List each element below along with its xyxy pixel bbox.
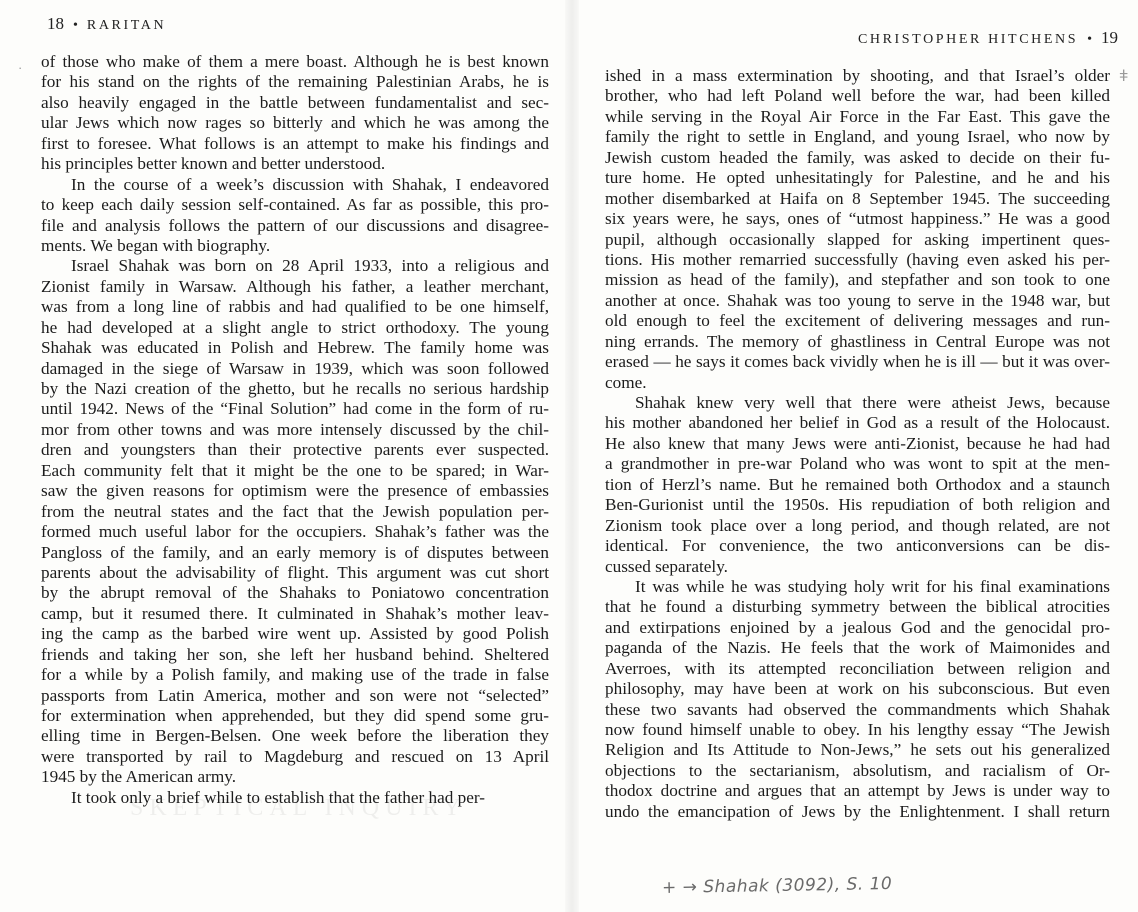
right-page: CHRISTOPHER HITCHENS•19 ished in a mass … — [579, 0, 1138, 912]
margin-dot: · — [18, 60, 22, 75]
page-number: 18 — [47, 14, 64, 33]
text-line: old enough to feel the excitement of del… — [605, 311, 1110, 331]
author-name: CHRISTOPHER HITCHENS — [858, 32, 1078, 47]
text-line: It was while he was studying holy writ f… — [605, 577, 1110, 597]
text-line: philosophy, may have been at work on his… — [605, 679, 1110, 699]
text-line: elling time in Bergen-Belsen. One week b… — [41, 726, 549, 746]
text-line: Shahak knew very well that there were at… — [605, 393, 1110, 413]
text-line: until 1942. News of the “Final Solution”… — [41, 399, 549, 419]
text-line: a grandmother in pre-war Poland who was … — [605, 454, 1110, 474]
text-line: file and analysis follows the pattern of… — [41, 216, 549, 236]
text-line: that he found a disturbing symmetry betw… — [605, 597, 1110, 617]
text-line: ished in a mass extermination by shootin… — [605, 66, 1110, 86]
text-line: It took only a brief while to establish … — [41, 788, 549, 808]
text-line: Ben-Gurionist until the 1950s. His repud… — [605, 495, 1110, 515]
page-number: 19 — [1101, 28, 1118, 47]
text-line: come. — [605, 373, 1110, 393]
text-line: erased — he says it comes back vividly w… — [605, 352, 1110, 372]
book-spread: 18•RARITAN SKEPTICAL INQUIRY of those wh… — [0, 0, 1138, 912]
text-line: identical. For convenience, the two anti… — [605, 536, 1110, 556]
text-line: now found himself unable to obey. In his… — [605, 720, 1110, 740]
text-line: 1945 by the American army. — [41, 767, 549, 787]
handwritten-note: + → Shahak (3092), S. 10 — [662, 874, 893, 898]
text-line: he had developed at a slight angle to st… — [41, 318, 549, 338]
left-page: 18•RARITAN SKEPTICAL INQUIRY of those wh… — [0, 0, 565, 912]
text-line: of those who make of them a mere boast. … — [41, 52, 549, 72]
text-line: ments. We began with biography. — [41, 236, 549, 256]
text-line: family the right to settle in England, a… — [605, 127, 1110, 147]
text-line: also heavily engaged in the battle betwe… — [41, 93, 549, 113]
text-line: Averroes, with its attempted reconciliat… — [605, 659, 1110, 679]
text-line: damaged in the siege of Warsaw in 1939, … — [41, 359, 549, 379]
text-line: saw the given reasons for optimism were … — [41, 481, 549, 501]
text-line: mother disembarked at Haifa on 8 Septemb… — [605, 189, 1110, 209]
text-line: first to foresee. What follows is an att… — [41, 134, 549, 154]
text-line: brother, who had left Poland well before… — [605, 86, 1110, 106]
text-line: camp, but it resumed there. It culminate… — [41, 604, 549, 624]
text-line: Shahak was educated in Polish and Hebrew… — [41, 338, 549, 358]
text-line: to keep each daily session self-containe… — [41, 195, 549, 215]
text-line: six years were, he says, ones of “utmost… — [605, 209, 1110, 229]
text-line: He also knew that many Jews were anti-Zi… — [605, 434, 1110, 454]
text-line: formed much useful labor for the occupie… — [41, 522, 549, 542]
text-line: Zionism took place over a long period, a… — [605, 516, 1110, 536]
text-line: undo the emancipation of Jews by the Enl… — [605, 802, 1110, 822]
text-line: friends and taking her son, she left her… — [41, 645, 549, 665]
text-line: Each community felt that it might be the… — [41, 461, 549, 481]
text-line: tions. His mother remarried successfully… — [605, 250, 1110, 270]
text-line: was from a long line of rabbis and had q… — [41, 297, 549, 317]
text-line: for his stand on the rights of the remai… — [41, 72, 549, 92]
text-line: another at once. Shahak was too young to… — [605, 291, 1110, 311]
text-line: Religion and Its Attitude to Non-Jews,” … — [605, 740, 1110, 760]
text-line: these two savants had observed the comma… — [605, 700, 1110, 720]
text-line: thodox doctrine and argues that an attem… — [605, 781, 1110, 801]
bullet-separator: • — [1087, 32, 1092, 47]
text-line: by the abrupt removal of the Shahaks to … — [41, 583, 549, 603]
text-line: from the neutral states and the fact tha… — [41, 502, 549, 522]
text-line: In the course of a week’s discussion wit… — [41, 175, 549, 195]
text-line: Pangloss of the family, and an early mem… — [41, 543, 549, 563]
text-line: mission as head of the family), and step… — [605, 270, 1110, 290]
text-line: Israel Shahak was born on 28 April 1933,… — [41, 256, 549, 276]
margin-mark-icon: ǂ — [1119, 68, 1128, 86]
text-line: parents about the advisability of flight… — [41, 563, 549, 583]
text-line: ular Jews which now rages so bitterly an… — [41, 113, 549, 133]
text-line: were transported by rail to Magdeburg an… — [41, 747, 549, 767]
text-line: Jewish custom headed the family, was ask… — [605, 148, 1110, 168]
text-line: for extermination when apprehended, but … — [41, 706, 549, 726]
text-line: while serving in the Royal Air Force in … — [605, 107, 1110, 127]
gutter-shadow — [565, 0, 579, 912]
text-line: his mother abandoned her belief in God a… — [605, 413, 1110, 433]
text-line: his principles better known and better u… — [41, 154, 549, 174]
text-line: pupil, although occasionally slapped for… — [605, 230, 1110, 250]
text-line: ing the camp as the barbed wire went up.… — [41, 624, 549, 644]
text-line: for a while by a Polish family, and maki… — [41, 665, 549, 685]
body-text-right: ished in a mass extermination by shootin… — [605, 66, 1110, 822]
running-head-left: 18•RARITAN — [47, 14, 166, 34]
bullet-separator: • — [73, 18, 78, 33]
text-line: by the Nazi creation of the ghetto, but … — [41, 379, 549, 399]
text-line: tion of Herzl’s name. But he remained bo… — [605, 475, 1110, 495]
text-line: paganda of the Nazis. He feels that the … — [605, 638, 1110, 658]
text-line: and extirpations enjoined by a jealous G… — [605, 618, 1110, 638]
text-line: dren and youngsters than their protectiv… — [41, 440, 549, 460]
text-line: Zionist family in Warsaw. Although his f… — [41, 277, 549, 297]
text-line: objections to the sectarianism, absoluti… — [605, 761, 1110, 781]
text-line: ning errands. The memory of ghastliness … — [605, 332, 1110, 352]
text-line: mor from other towns and was more intens… — [41, 420, 549, 440]
text-line: ture home. He opted unhesitatingly for P… — [605, 168, 1110, 188]
text-line: passports from Latin America, mother and… — [41, 686, 549, 706]
running-head-right: CHRISTOPHER HITCHENS•19 — [858, 28, 1118, 48]
text-line: cussed separately. — [605, 557, 1110, 577]
journal-title: RARITAN — [87, 18, 166, 33]
body-text-left: of those who make of them a mere boast. … — [41, 52, 549, 808]
